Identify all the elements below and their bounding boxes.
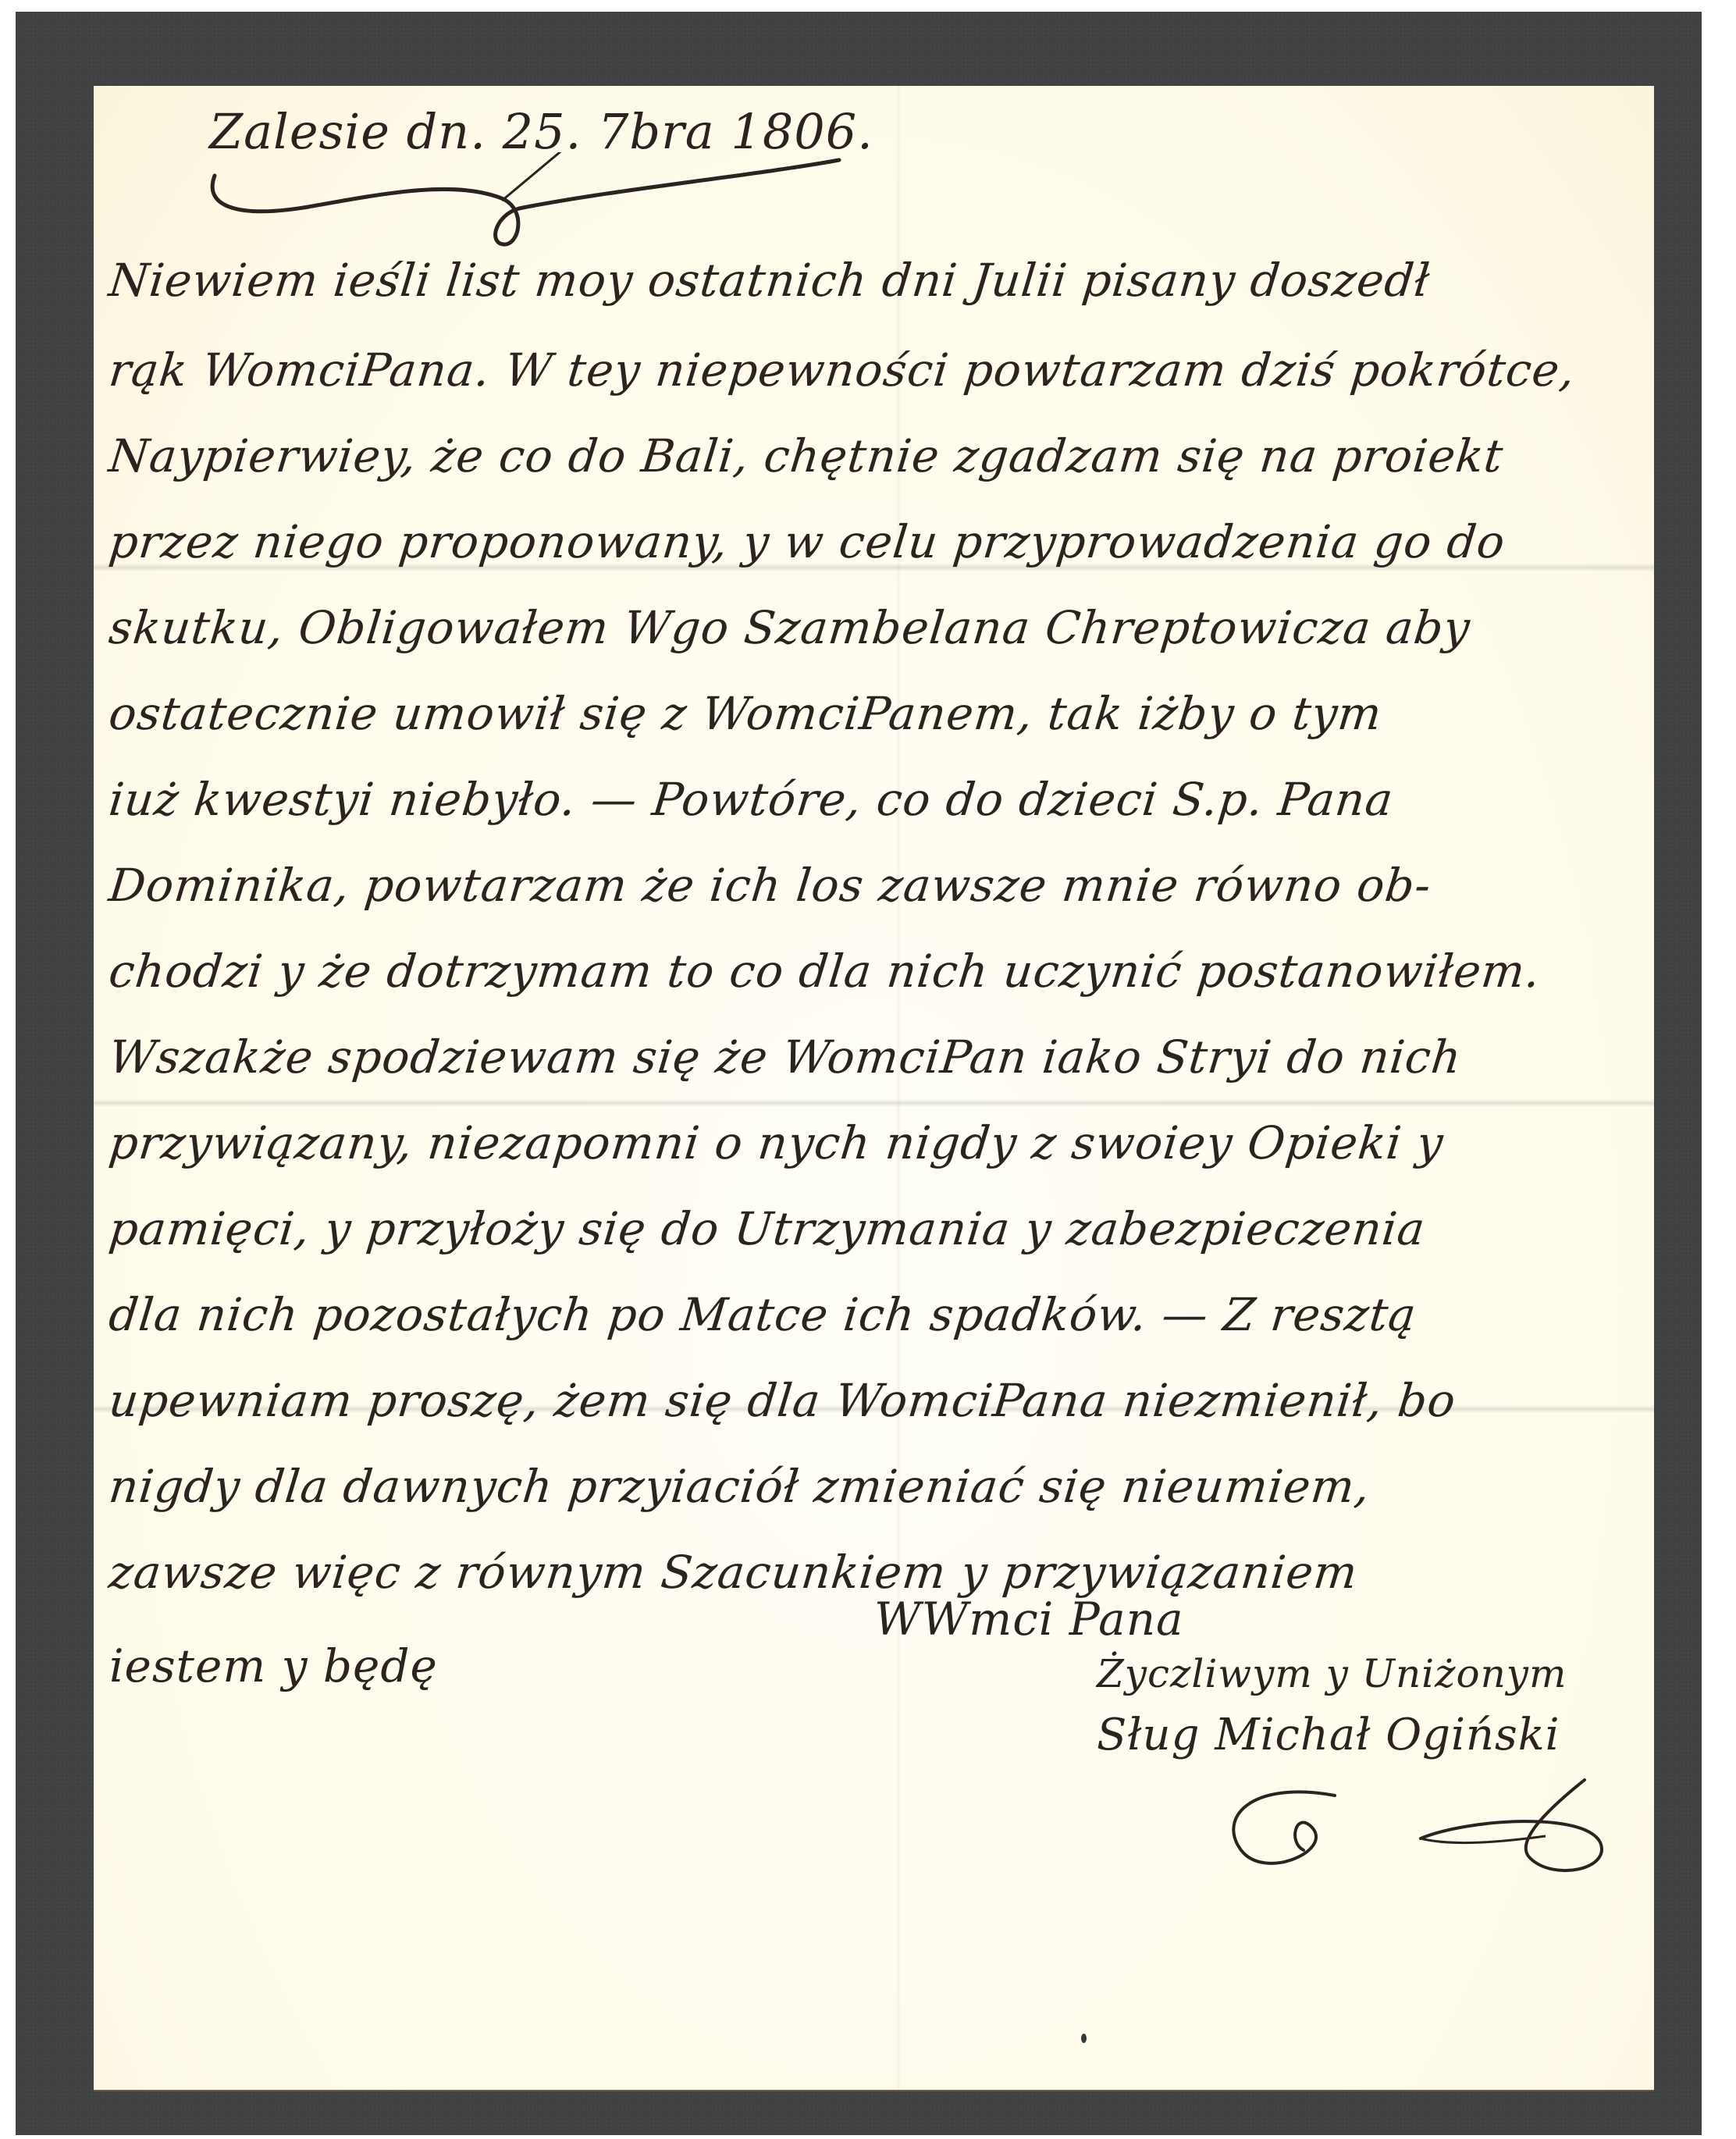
scan-mount-frame: Zalesie dn. 25. 7bra 1806. Niewiem ieśli… xyxy=(16,12,1702,2135)
letter-line: rąk WomciPana. W tey niepewności powtarz… xyxy=(106,343,1578,397)
letter-signature: Sług Michał Ogiński xyxy=(1097,1710,1560,1760)
letter-line: Naypierwiey, że co do Bali, chętnie zgad… xyxy=(106,429,1506,482)
letter-valediction: Życzliwym y Uniżonym xyxy=(1097,1651,1567,1696)
letter-line: upewniam proszę, żem się dla WomciPana n… xyxy=(106,1374,1458,1427)
letter-line: przywiązany, niezapomni o nych nigdy z s… xyxy=(106,1116,1446,1169)
letter-paper: Zalesie dn. 25. 7bra 1806. Niewiem ieśli… xyxy=(94,86,1654,2090)
letter-line: skutku, Obligowałem Wgo Szambelana Chrep… xyxy=(106,601,1472,654)
letter-line: przez niego proponowany, y w celu przypr… xyxy=(106,515,1507,568)
letter-line: dla nich pozostałych po Matce ich spadkó… xyxy=(106,1288,1419,1341)
letter-line: iuż kwestyi niebyło. — Powtóre, co do dz… xyxy=(106,773,1396,826)
letter-line: zawsze więc z równym Szacunkiem y przywi… xyxy=(106,1546,1360,1599)
paper-fold-crease xyxy=(94,1099,1654,1107)
ink-speck xyxy=(1081,2034,1087,2043)
letter-line: Niewiem ieśli list moy ostatnich dni Jul… xyxy=(106,254,1432,307)
letter-line: pamięci, y przyłoży się do Utrzymania y … xyxy=(106,1202,1428,1255)
letter-line: ostatecznie umowił się z WomciPanem, tak… xyxy=(106,687,1384,740)
letter-line: nigdy dla dawnych przyiaciół zmieniać si… xyxy=(106,1460,1372,1513)
heading-flourish-icon xyxy=(207,152,847,254)
letter-closing-address: WWmci Pana xyxy=(874,1593,1184,1646)
letter-line: chodzi y że dotrzymam to co dla nich ucz… xyxy=(106,945,1543,998)
letter-line: Wszakże spodziewam się że WomciPan iako … xyxy=(106,1030,1464,1084)
signature-flourish-icon xyxy=(1218,1764,1655,1889)
letter-line: Dominika, powtarzam że ich los zawsze mn… xyxy=(106,859,1433,912)
letter-closing-phrase: iestem y będę xyxy=(109,1639,438,1692)
